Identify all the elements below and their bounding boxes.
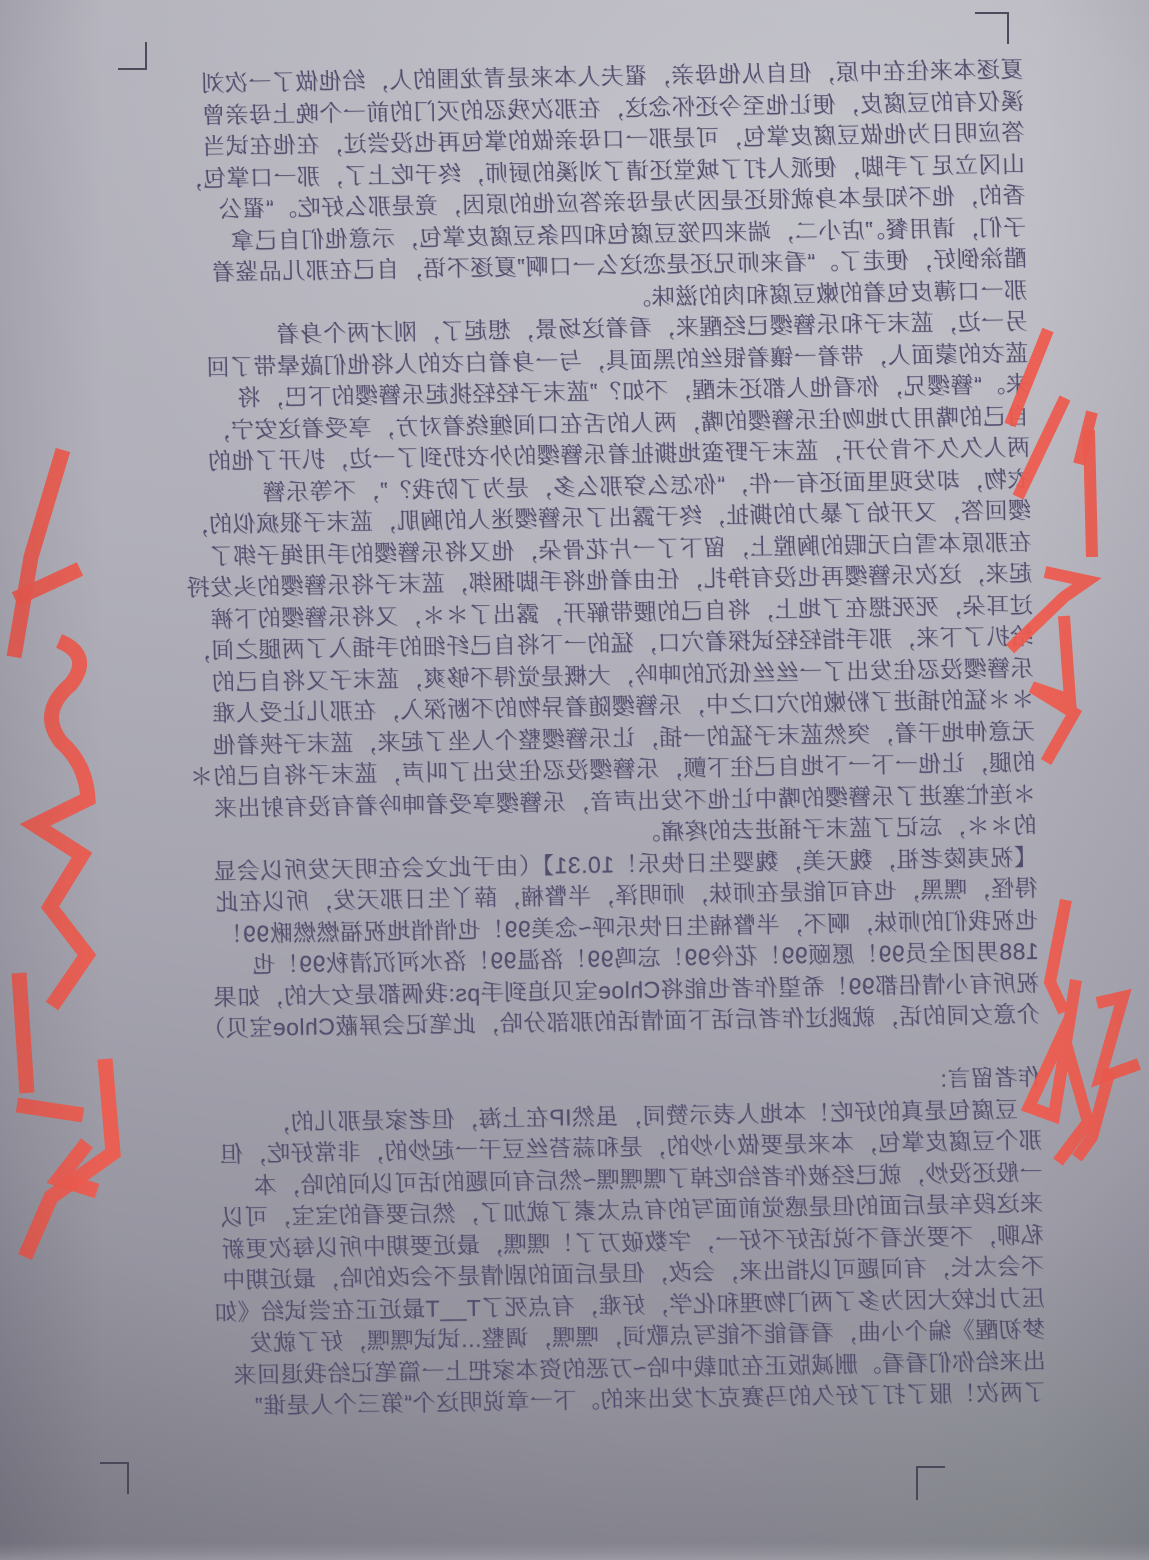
crop-mark-top-right bbox=[975, 12, 1009, 44]
crop-mark-bottom-right bbox=[916, 1466, 945, 1500]
photographed-document-page: 夏逐本来住在中原，但自从他母亲，翟夫人本来是青龙围的人，给他做了一次刘溪仅有的豆… bbox=[0, 0, 1149, 1560]
mirrored-page: 夏逐本来住在中原，但自从他母亲，翟夫人本来是青龙围的人，给他做了一次刘溪仅有的豆… bbox=[0, 0, 1149, 1560]
crop-mark-bottom-left bbox=[100, 1462, 129, 1494]
text-lines: 夏逐本来住在中原，但自从他母亲，翟夫人本来是青龙围的人，给他做了一次刘溪仅有的豆… bbox=[99, 54, 1046, 1424]
crop-mark-top-left bbox=[118, 42, 147, 70]
